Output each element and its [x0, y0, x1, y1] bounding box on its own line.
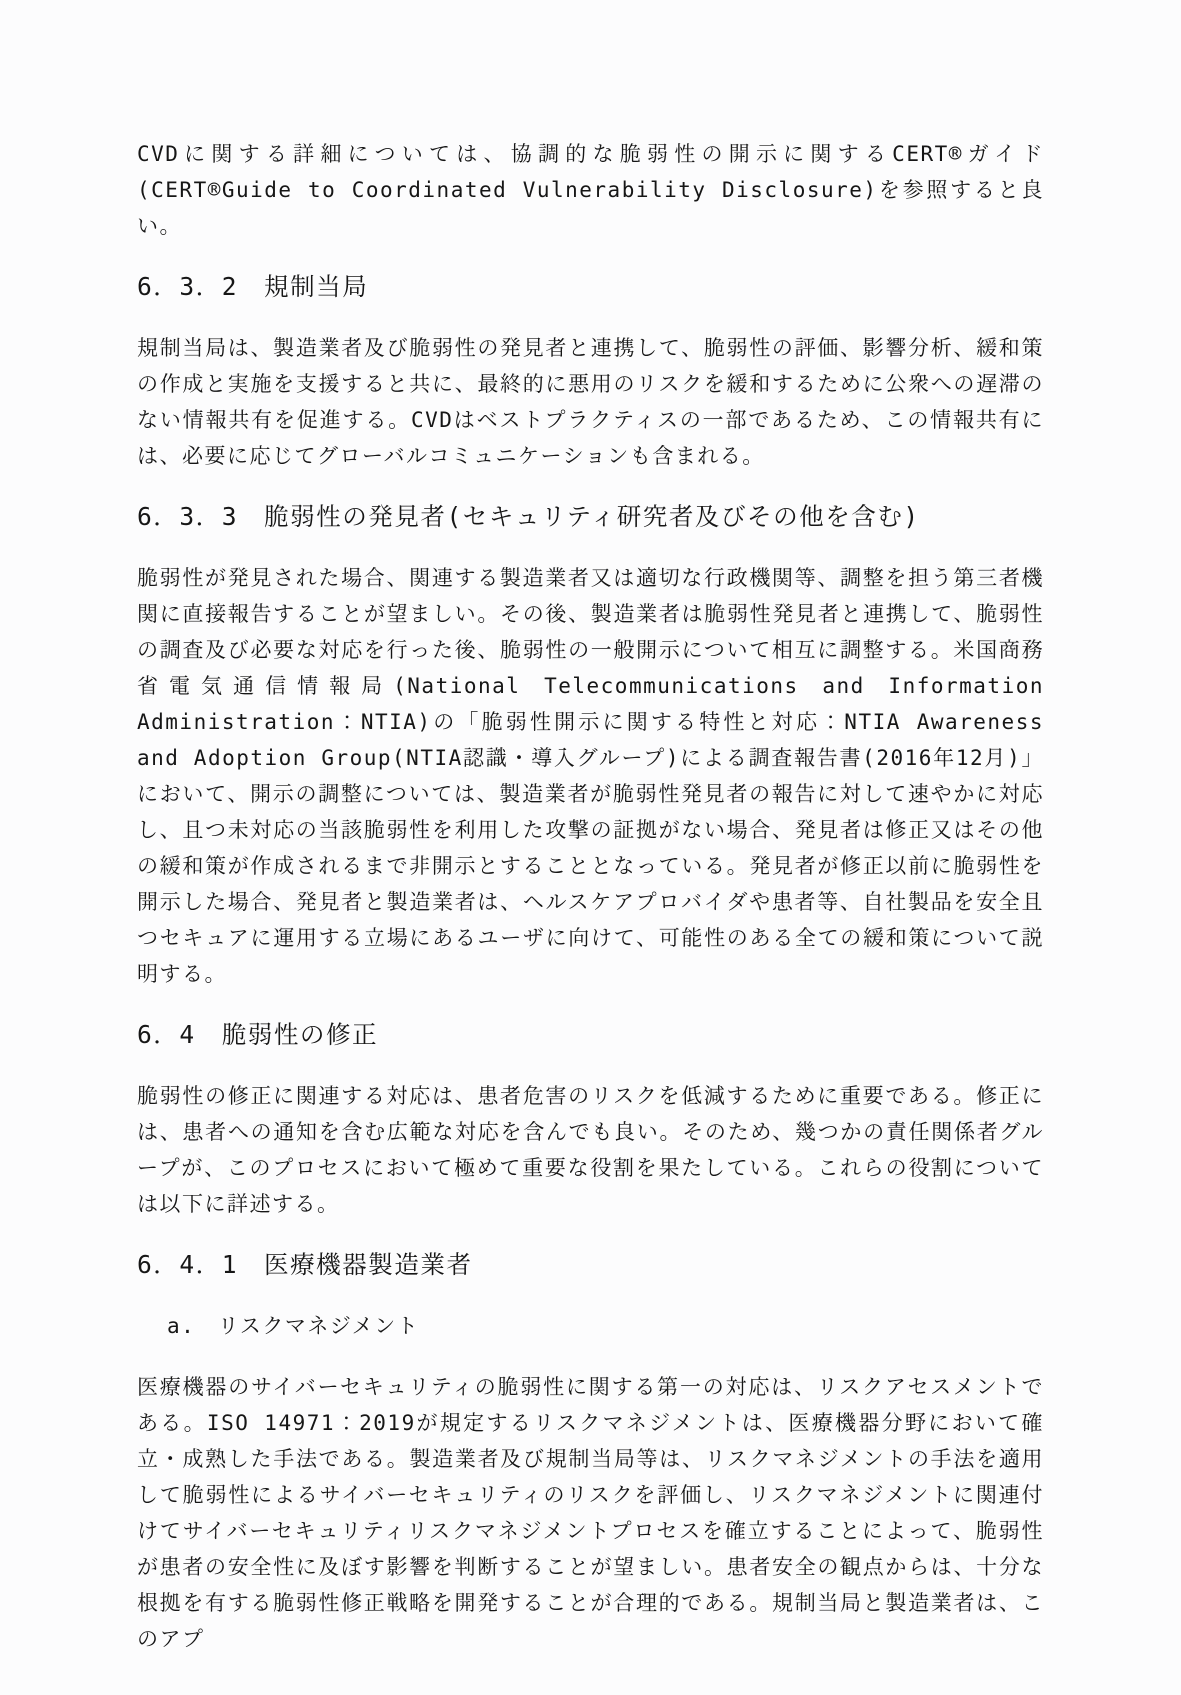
section-heading-6-4-vulnerability-remediation: 6．4 脆弱性の修正 — [137, 1017, 1044, 1053]
paragraph-vulnerability-remediation: 脆弱性の修正に関連する対応は、患者危害のリスクを低減するために重要である。修正に… — [137, 1078, 1044, 1222]
section-heading-6-4-1-medical-device-manufacturers: 6．4．1 医療機器製造業者 — [137, 1247, 1044, 1283]
section-heading-6-3-3-vulnerability-finders: 6．3．3 脆弱性の発見者(セキュリティ研究者及びその他を含む) — [137, 499, 1044, 535]
paragraph-cvd-reference: CVDに関する詳細については、協調的な脆弱性の開示に関するCERT®ガイド(CE… — [137, 136, 1044, 244]
paragraph-vulnerability-finders: 脆弱性が発見された場合、関連する製造業者又は適切な行政機関等、調整を担う第三者機… — [137, 560, 1044, 992]
section-heading-6-3-2-regulatory-authorities: 6．3．2 規制当局 — [137, 269, 1044, 305]
paragraph-regulatory-authorities: 規制当局は、製造業者及び脆弱性の発見者と連携して、脆弱性の評価、影響分析、緩和策… — [137, 330, 1044, 474]
list-item-a-risk-management: a. リスクマネジメント — [137, 1308, 1044, 1344]
document-page: CVDに関する詳細については、協調的な脆弱性の開示に関するCERT®ガイド(CE… — [0, 0, 1181, 1695]
paragraph-risk-management: 医療機器のサイバーセキュリティの脆弱性に関する第一の対応は、リスクアセスメントで… — [137, 1369, 1044, 1657]
